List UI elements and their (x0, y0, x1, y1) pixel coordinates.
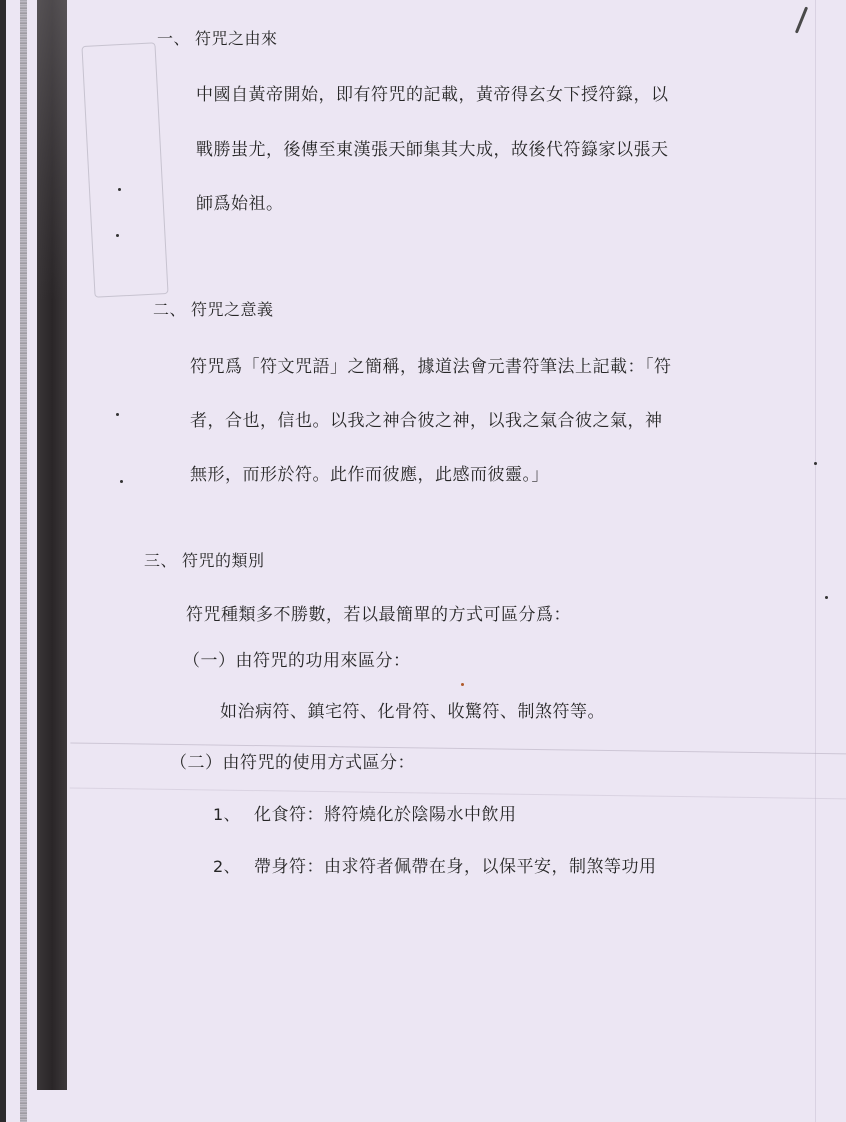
list-item-text: 化食符：將符燒化於陰陽水中飲用 (254, 805, 517, 825)
subsection-content-1: 如治病符、鎮宅符、化骨符、收驚符、制煞符等。 (220, 697, 605, 722)
section-number: 一、 (157, 26, 195, 49)
section-heading-2: 二、符咒之意義 (153, 297, 274, 320)
section-number: 二、 (153, 297, 191, 320)
paragraph-line: 符咒爲「符文咒語」之簡稱，據道法會元書符筆法上記載：「符 (190, 352, 672, 377)
paragraph-line: 無形，而形於符。此作而彼應，此感而彼靈。」 (190, 460, 549, 485)
paragraph-line: 者，合也，信也。以我之神合彼之神，以我之氣合彼之氣，神 (190, 406, 663, 431)
subsection-label-1: （一）由符咒的功用來區分： (183, 646, 411, 671)
section-title: 符咒之意義 (191, 300, 274, 319)
section-heading-3: 三、符咒的類別 (144, 548, 265, 571)
list-item-1: 1、化食符：將符燒化於陰陽水中飲用 (213, 800, 517, 825)
paragraph-line: 師爲始祖。 (196, 189, 284, 214)
list-item-number: 2、 (213, 854, 254, 877)
paragraph-line: 中國自黃帝開始，即有符咒的記載，黃帝得玄女下授符籙，以 (196, 80, 669, 105)
document-page: 一、符咒之由來 中國自黃帝開始，即有符咒的記載，黃帝得玄女下授符籙，以 戰勝蚩尤… (0, 0, 846, 1122)
subsection-label-2: （二）由符咒的使用方式區分： (170, 748, 415, 773)
section-title: 符咒的類別 (182, 551, 265, 570)
section-heading-1: 一、符咒之由來 (157, 26, 278, 49)
list-item-number: 1、 (213, 802, 254, 825)
list-item-2: 2、帶身符：由求符者佩帶在身，以保平安，制煞等功用 (213, 852, 657, 877)
section-number: 三、 (144, 548, 182, 571)
list-item-text: 帶身符：由求符者佩帶在身，以保平安，制煞等功用 (254, 857, 657, 877)
paragraph-line: 戰勝蚩尤，後傳至東漢張天師集其大成，故後代符籙家以張天 (196, 135, 669, 160)
section-title: 符咒之由來 (195, 29, 278, 48)
paragraph-line: 符咒種類多不勝數，若以最簡單的方式可區分爲： (186, 600, 571, 625)
